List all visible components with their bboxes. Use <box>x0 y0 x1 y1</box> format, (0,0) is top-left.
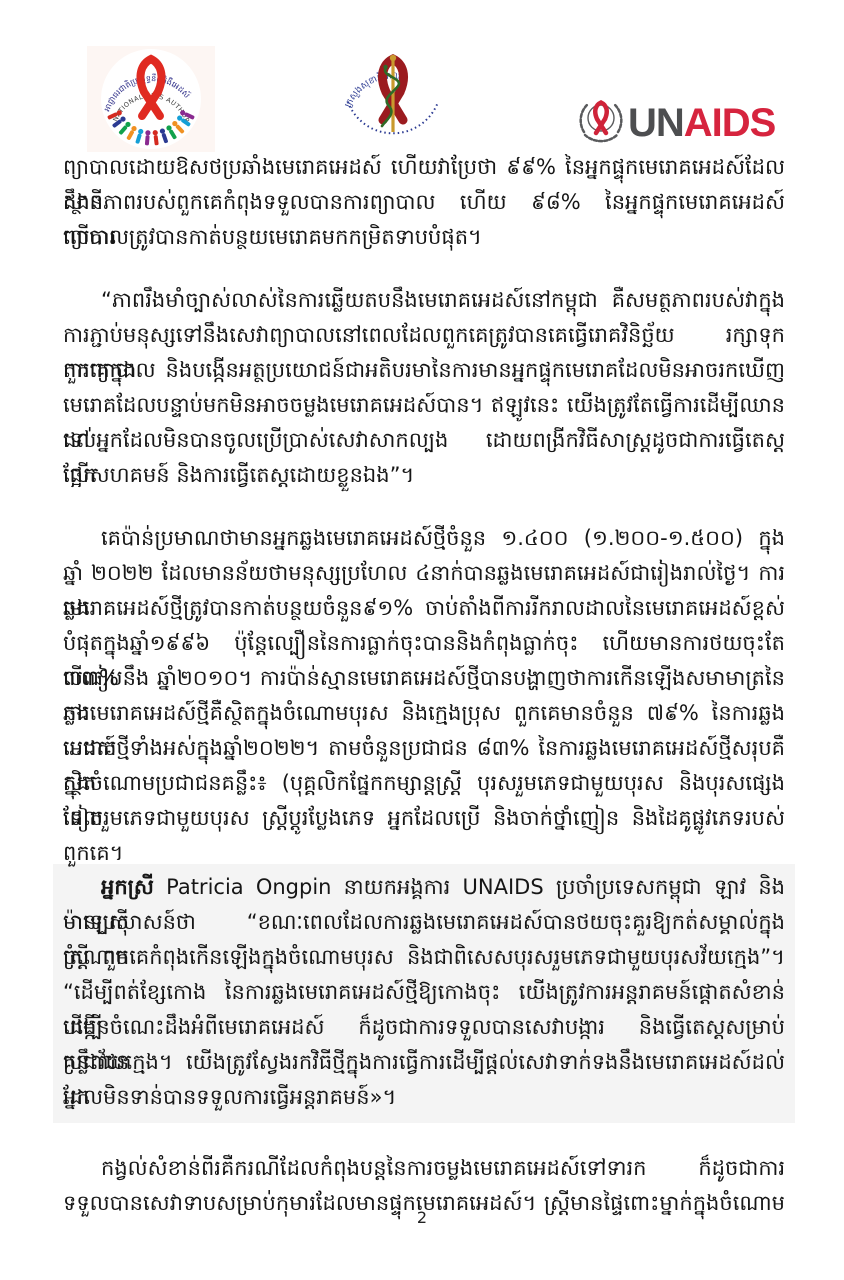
text-line: “ដើម្បីពត់ខ្សែកោង នៃការឆ្លងមេរោគអេដស៍ថ្ម… <box>63 975 785 1010</box>
text-line: កង្វល់សំខាន់ពីរគឺករណីដែលកំពុងបន្តនៃការចម… <box>63 1151 785 1186</box>
header-logos: អាជ្ញាធរជាតិប្រយុទ្ធនឹងជំងឺអេដស៍ NATIONA… <box>0 0 844 150</box>
text-line: ស្ថានភាពរបស់ពួកគេកំពុងទទួលបានការព្យាបាល … <box>63 185 785 220</box>
text-line: ដែលរួមភេទជាមួយបុរស ស្ត្រីប្តូរប្លែងភេទ អ… <box>63 801 785 836</box>
text-line: បើធៀបនឹង ឆ្នាំ២០១០។ ការប៉ាន់ស្មានមេរោគអេ… <box>63 661 785 696</box>
text-line: ដល់អ្នកដែលមិនបានចូលប្រើប្រាស់សេវាសាកល្បង… <box>63 423 785 458</box>
speaker-name: អ្នកស្រី <box>101 875 154 899</box>
text-line: ការព្យាបាល និងបង្កើនអត្ថប្រយោជន៍ជាអតិបរម… <box>63 353 785 388</box>
paragraph: គេប៉ាន់ប្រមាណថាមានអ្នកឆ្លងមេរោគអេដស៍ថ្មី… <box>63 521 785 836</box>
paragraph: “ភាពរឹងមាំច្បាស់លាស់នៃការឆ្លើយតបនឹងមេរោគ… <box>63 283 785 493</box>
caduceus-icon <box>382 55 404 132</box>
text-line: ឆ្លងមេរោគអេដស៍ថ្មីគឺស្ថិតក្នុងចំណោមបុរស … <box>63 696 785 731</box>
unaids-wordmark: UNAIDS <box>628 101 776 145</box>
text-line: ព្យាបាលដោយឱសថប្រឆាំងមេរោគអេដស៍ ហើយវាប្រែ… <box>63 150 785 185</box>
paragraph: អ្នកស្រី Patricia Ongpin នាយកអង្គការ UNA… <box>63 870 785 1115</box>
text-line: បំផុតក្នុងឆ្នាំ១៩៩៦ ប៉ុន្តែល្បឿននៃការធ្ល… <box>63 626 785 661</box>
ministry-of-health-logo: ក្រសួងសុខាភិបាល <box>332 44 454 156</box>
highlight-block: អ្នកស្រី Patricia Ongpin នាយកអង្គការ UNA… <box>53 864 795 1123</box>
text-line: លើសហគមន៍ និងការធ្វើតេស្តដោយខ្លួនឯង”។ <box>63 458 785 493</box>
document-page: អាជ្ញាធរជាតិប្រយុទ្ធនឹងជំងឺអេដស៍ NATIONA… <box>0 0 844 1280</box>
text-line: មេរោគដែលបន្ទាប់មកមិនអាចចម្លងមេរោគអេដស៍បា… <box>63 388 785 423</box>
text-line: ការភ្ជាប់មនុស្សទៅនឹងសេវាព្យាបាលនៅពេលដែលព… <box>63 318 785 353</box>
text-line: “ភាពរឹងមាំច្បាស់លាស់នៃការឆ្លើយតបនឹងមេរោគ… <box>63 283 785 318</box>
unaids-logo: UNAIDS <box>572 92 784 150</box>
document-body: ព្យាបាលដោយឱសថប្រឆាំងមេរោគអេដស៍ ហើយវាប្រែ… <box>63 150 785 1249</box>
text-line: ដែលមិនទាន់បានទទួលការធ្វើអន្តរាគមន៍»។ <box>63 1080 785 1115</box>
text-line: មេរោគអេដស៍ថ្មីត្រូវបានកាត់បន្ថយចំនួន៩១% … <box>63 591 785 626</box>
text-line: បង្កើនចំណេះដឹងអំពីមេរោគអេដស៍ ក៏ដូចជាការទ… <box>63 1010 785 1045</box>
paragraph: ព្យាបាលដោយឱសថប្រឆាំងមេរោគអេដស៍ ហើយវាប្រែ… <box>63 150 785 255</box>
national-aids-authority-logo: អាជ្ញាធរជាតិប្រយុទ្ធនឹងជំងឺអេដស៍ NATIONA… <box>87 46 215 152</box>
text-line: គន្លឹះវ័យក្មេង។ យើងត្រូវស្វែងរកវិធីថ្មីក… <box>63 1045 785 1080</box>
page-number: 2 <box>0 1208 844 1227</box>
text-line: អេដស៍ថ្មីទាំងអស់ក្នុងឆ្នាំ២០២២។ តាមចំនួន… <box>63 731 785 766</box>
text-line: មានប្រសាសន៍ថា “ខណៈពេលដែលការឆ្លងមេរោគអេដស… <box>63 905 785 940</box>
text-line: អ្នកស្រី Patricia Ongpin នាយកអង្គការ UNA… <box>63 870 785 905</box>
text-line: ឆ្នាំ ២០២២ ដែលមានន័យថាមនុស្សប្រហែល ៤នាក់… <box>63 556 785 591</box>
text-line: ក្នុងចំណោមប្រជាជនគន្លឹះ៖ (បុគ្គលិកផ្នែកក… <box>63 766 785 801</box>
text-line: ស្ត្រី ពួកគេកំពុងកើនឡើងក្នុងចំណោមបុរស និ… <box>63 940 785 975</box>
text-line: ព្យាបាលត្រូវបានកាត់បន្ថយមេរោគមកកម្រិតទាប… <box>63 220 785 255</box>
text-line: គេប៉ាន់ប្រមាណថាមានអ្នកឆ្លងមេរោគអេដស៍ថ្មី… <box>63 521 785 556</box>
unaids-ribbon-icon <box>595 103 606 134</box>
